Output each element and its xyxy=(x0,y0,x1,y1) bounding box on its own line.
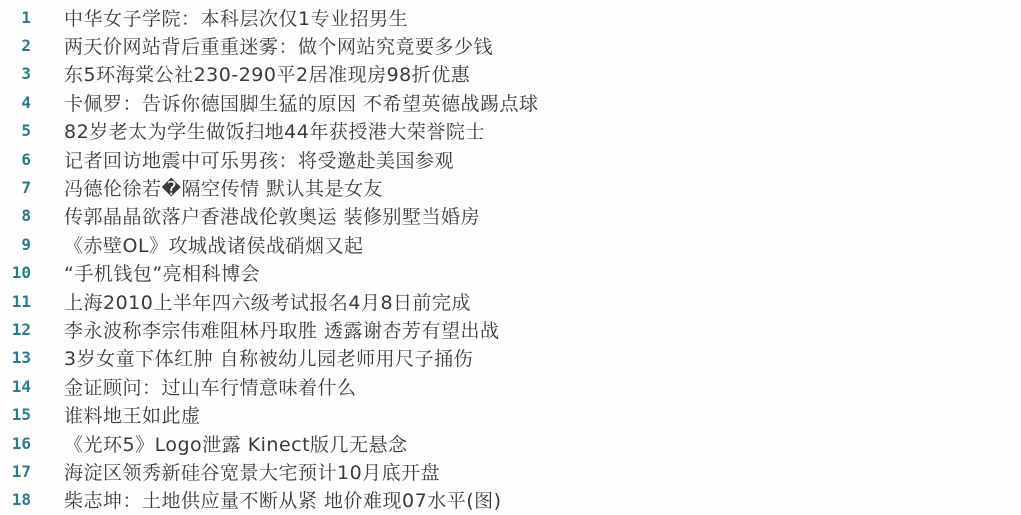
list-item: 13 3岁女童下体红肿 自称被幼儿园老师用尺子捅伤 xyxy=(0,344,1021,372)
item-rank: 13 xyxy=(0,348,31,367)
list-item: 11 上海2010上半年四六级考试报名4月8日前完成 xyxy=(0,287,1021,315)
item-rank: 17 xyxy=(0,462,31,481)
item-rank: 12 xyxy=(0,320,31,339)
headline-text[interactable]: 海淀区领秀新硅谷宽景大宅预计10月底开盘 xyxy=(64,458,440,485)
item-rank: 1 xyxy=(0,8,31,27)
list-item: 10 “手机钱包”亮相科博会 xyxy=(0,259,1021,287)
headline-text[interactable]: 卡佩罗：告诉你德国脚生猛的原因 不希望英德战踢点球 xyxy=(64,89,539,116)
headline-text[interactable]: “手机钱包”亮相科博会 xyxy=(64,259,260,286)
item-rank: 10 xyxy=(0,263,31,282)
headline-text[interactable]: 李永波称李宗伟难阻林丹取胜 透露谢杏芳有望出战 xyxy=(64,316,500,343)
headline-text[interactable]: 《赤壁OL》攻城战诸侯战硝烟又起 xyxy=(64,231,364,258)
headline-text[interactable]: 金证顾问：过山车行情意味着什么 xyxy=(64,373,357,400)
list-item: 8 传郭晶晶欲落户香港战伦敦奥运 装修别墅当婚房 xyxy=(0,202,1021,230)
list-item: 1 中华女子学院：本科层次仅1专业招男生 xyxy=(0,3,1021,31)
headline-list: 1 中华女子学院：本科层次仅1专业招男生 2 两天价网站背后重重迷雾：做个网站究… xyxy=(0,0,1021,514)
headline-text[interactable]: 传郭晶晶欲落户香港战伦敦奥运 装修别墅当婚房 xyxy=(64,202,480,229)
headline-text[interactable]: 冯德伦徐若�隔空传情 默认其是女友 xyxy=(64,174,383,201)
item-rank: 5 xyxy=(0,121,31,140)
list-item: 17 海淀区领秀新硅谷宽景大宅预计10月底开盘 xyxy=(0,457,1021,485)
item-rank: 6 xyxy=(0,150,31,169)
headline-text[interactable]: 3岁女童下体红肿 自称被幼儿园老师用尺子捅伤 xyxy=(64,344,473,371)
list-item: 16 《光环5》Logo泄露 Kinect版几无悬念 xyxy=(0,429,1021,457)
item-rank: 4 xyxy=(0,93,31,112)
headline-text[interactable]: 记者回访地震中可乐男孩：将受邀赴美国参观 xyxy=(64,146,454,173)
item-rank: 14 xyxy=(0,377,31,396)
list-item: 7 冯德伦徐若�隔空传情 默认其是女友 xyxy=(0,173,1021,201)
headline-text[interactable]: 82岁老太为学生做饭扫地44年获授港大荣誉院士 xyxy=(64,117,485,144)
headline-text[interactable]: 柴志坤：土地供应量不断从紧 地价难现07水平(图) xyxy=(64,486,502,513)
list-item: 6 记者回访地震中可乐男孩：将受邀赴美国参观 xyxy=(0,145,1021,173)
list-item: 9 《赤壁OL》攻城战诸侯战硝烟又起 xyxy=(0,230,1021,258)
list-item: 3 东5环海棠公社230-290平2居准现房98折优惠 xyxy=(0,60,1021,88)
list-item: 4 卡佩罗：告诉你德国脚生猛的原因 不希望英德战踢点球 xyxy=(0,88,1021,116)
list-item: 18 柴志坤：土地供应量不断从紧 地价难现07水平(图) xyxy=(0,486,1021,514)
item-rank: 7 xyxy=(0,178,31,197)
item-rank: 18 xyxy=(0,490,31,509)
item-rank: 15 xyxy=(0,405,31,424)
headline-text[interactable]: 《光环5》Logo泄露 Kinect版几无悬念 xyxy=(64,430,408,457)
item-rank: 3 xyxy=(0,64,31,83)
list-item: 5 82岁老太为学生做饭扫地44年获授港大荣誉院士 xyxy=(0,117,1021,145)
headline-text[interactable]: 上海2010上半年四六级考试报名4月8日前完成 xyxy=(64,288,471,315)
item-rank: 11 xyxy=(0,292,31,311)
headline-text[interactable]: 两天价网站背后重重迷雾：做个网站究竟要多少钱 xyxy=(64,32,493,59)
item-rank: 2 xyxy=(0,36,31,55)
item-rank: 16 xyxy=(0,434,31,453)
list-item: 14 金证顾问：过山车行情意味着什么 xyxy=(0,372,1021,400)
headline-text[interactable]: 中华女子学院：本科层次仅1专业招男生 xyxy=(64,4,408,31)
item-rank: 9 xyxy=(0,235,31,254)
list-item: 15 谁料地王如此虚 xyxy=(0,400,1021,428)
list-item: 2 两天价网站背后重重迷雾：做个网站究竟要多少钱 xyxy=(0,31,1021,59)
headline-text[interactable]: 东5环海棠公社230-290平2居准现房98折优惠 xyxy=(64,60,470,87)
headline-text[interactable]: 谁料地王如此虚 xyxy=(64,401,201,428)
item-rank: 8 xyxy=(0,206,31,225)
list-item: 12 李永波称李宗伟难阻林丹取胜 透露谢杏芳有望出战 xyxy=(0,315,1021,343)
